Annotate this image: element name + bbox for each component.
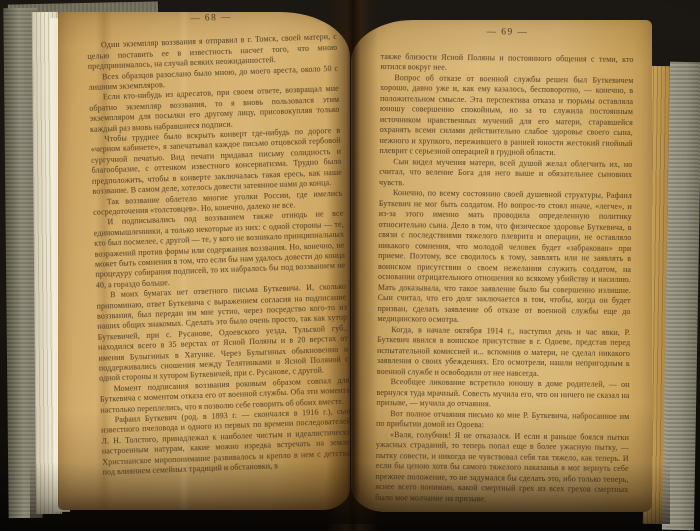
paragraph: Вот полное отчаяния письмо ко мне Р. Бут… — [376, 408, 629, 432]
page-number-right: — 69 — — [381, 26, 634, 40]
paragraph: Чтобы труднее было вскрыть конверт где-н… — [90, 126, 342, 198]
paragraph: также близости Ясной Поляны и постоянног… — [380, 51, 633, 75]
paragraph: В моих бумагах нет ответного письма Бутк… — [96, 282, 349, 385]
paragraph: Сын видел мучения матери, всей душой жел… — [379, 156, 632, 191]
book-photo: — 68 — Один экземпляр воззвания я отправ… — [0, 0, 700, 531]
paragraph: Всеобщее ликование встретило юношу в дом… — [376, 377, 629, 412]
paragraph: Конечно, по всему состоянию своей душевн… — [377, 188, 632, 328]
paragraph: «Валя, голубчик! Я не отказался. И если … — [375, 429, 629, 506]
paragraph: И подписывались под воззванием также отн… — [93, 209, 346, 291]
paragraph: Когда, в начале октября 1914 г., наступи… — [377, 324, 631, 380]
left-page-text: — 68 — Один экземпляр воззвания я отправ… — [86, 9, 353, 478]
right-page-text: — 69 — также близости Ясной Поляны и пос… — [375, 26, 634, 506]
paragraph: Рафаил Буткевич (род. в 1893 г. — сконча… — [101, 407, 353, 479]
paragraph: Вопрос об отказе от военной службы решен… — [379, 72, 633, 159]
